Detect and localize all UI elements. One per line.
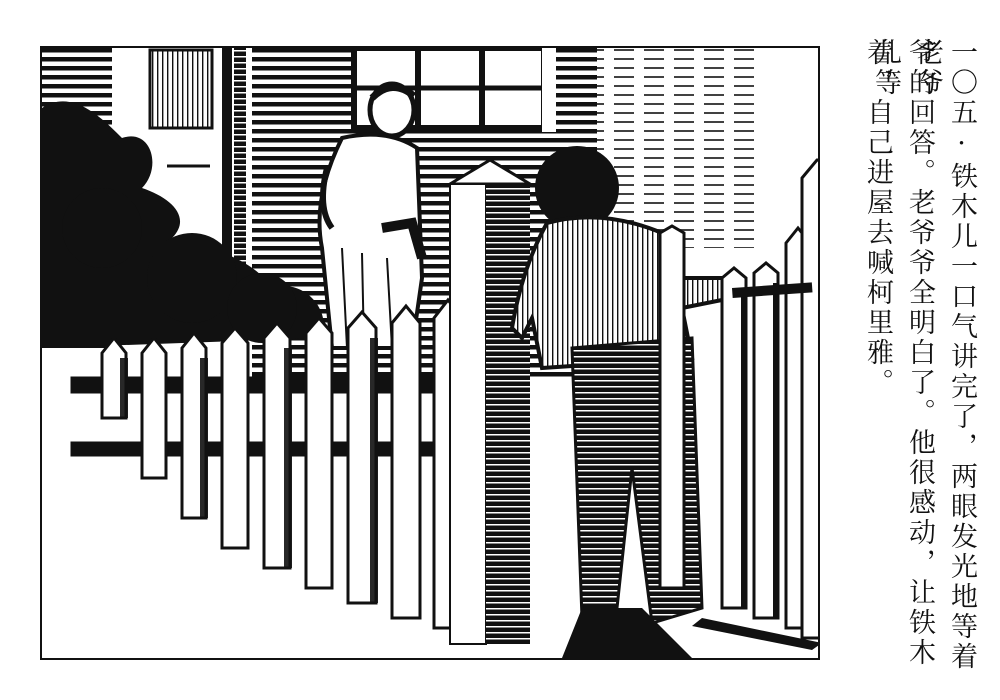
picket-fence-left bbox=[72, 300, 472, 628]
caption-line-2: 爷的回答。老爷爷全明白了。他很感动，让铁木儿等 bbox=[900, 38, 936, 678]
caption-line-3: 着，自己进屋去喊柯里雅。 bbox=[858, 38, 894, 678]
illustration-drawing bbox=[42, 48, 820, 660]
illustration-panel bbox=[40, 46, 820, 660]
caption: 一〇五·铁木儿一口气讲完了，两眼发光地等着老爷 爷的回答。老爷爷全明白了。他很感… bbox=[858, 38, 978, 678]
caption-line-1: 一〇五·铁木儿一口气讲完了，两眼发光地等着老爷 bbox=[942, 38, 978, 678]
gate-post bbox=[450, 160, 530, 644]
